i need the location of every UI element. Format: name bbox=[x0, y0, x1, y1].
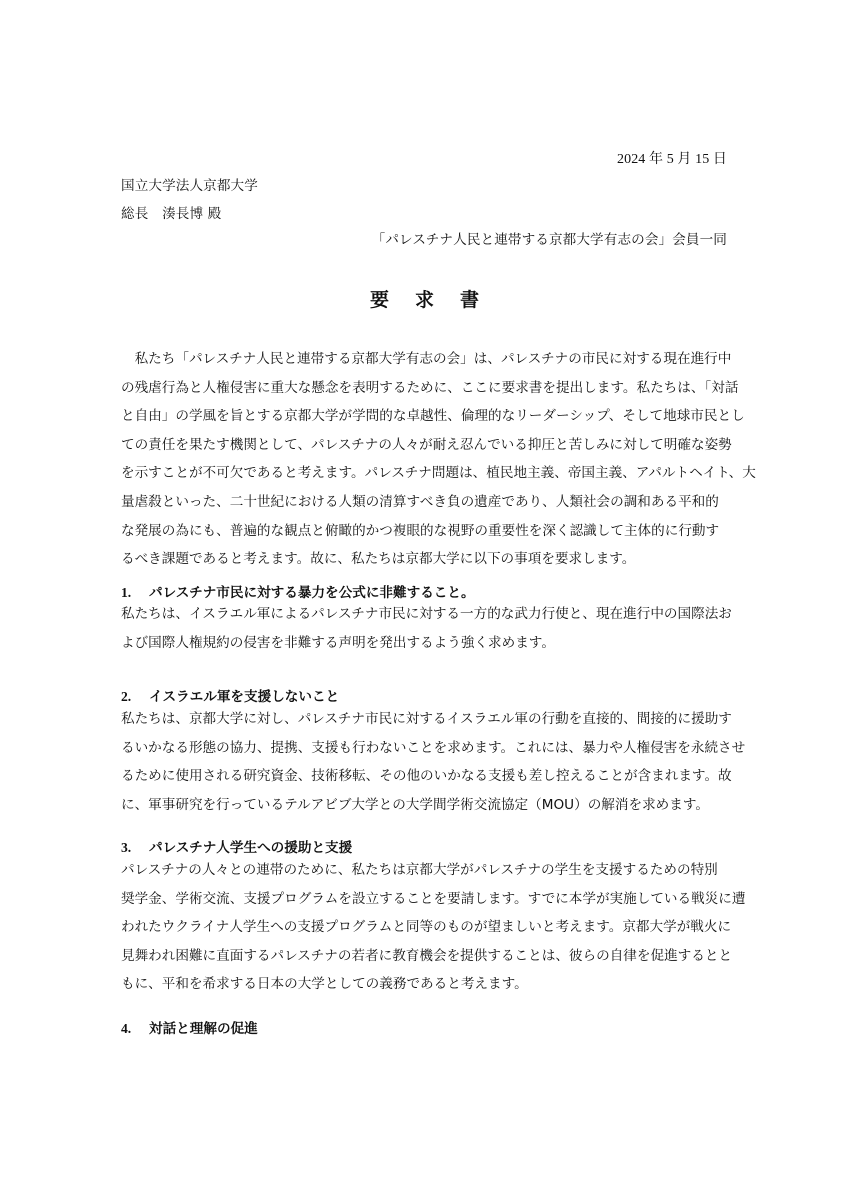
section-1-heading: 1.パレスチナ市民に対する暴力を公式に非難すること。 bbox=[121, 581, 475, 601]
section-4-heading: 4.対話と理解の促進 bbox=[121, 1017, 258, 1037]
section-2-heading: 2.イスラエル軍を支援しないこと bbox=[121, 685, 339, 705]
body-line: 奨学金、学術交流、支援プログラムを設立することを要請します。すでに本学が実施して… bbox=[121, 885, 731, 914]
body-line: われたウクライナ人学生への支援プログラムと同等のものが望ましいと考えます。京都大… bbox=[121, 913, 731, 942]
intro-line: 私たち「パレスチナ人民と連帯する京都大学有志の会」は、パレスチナの市民に対する現… bbox=[121, 345, 731, 374]
intro-line: ての責任を果たす機関として、パレスチナの人々が耐え忍んでいる抑圧と苦しみに対して… bbox=[121, 431, 731, 460]
section-title: イスラエル軍を支援しないこと bbox=[149, 689, 339, 705]
section-title: パレスチナ人学生への援助と支援 bbox=[149, 840, 352, 856]
addressee-organization: 国立大学法人京都大学 bbox=[121, 174, 258, 194]
body-line: るいかなる形態の協力、提携、支援も行わないことを求めます。これには、暴力や人権侵… bbox=[121, 734, 731, 763]
addressee-person: 総長 湊長博 殿 bbox=[121, 202, 221, 222]
body-line: もに、平和を希求する日本の大学としての義務であると考えます。 bbox=[121, 970, 731, 999]
intro-line: の残虐行為と人権侵害に重大な懸念を表明するために、ここに要求書を提出します。私た… bbox=[121, 374, 731, 403]
body-line: に、軍事研究を行っているテルアビブ大学との大学間学術交流協定（MOU）の解消を求… bbox=[121, 791, 731, 820]
body-line: パレスチナの人々との連帯のために、私たちは京都大学がパレスチナの学生を支援するた… bbox=[121, 856, 731, 885]
section-title: 対話と理解の促進 bbox=[149, 1021, 258, 1037]
intro-line: な発展の為にも、普遍的な観点と俯瞰的かつ複眼的な視野の重要性を深く認識して主体的… bbox=[121, 517, 731, 546]
document-page: 2024 年 5 月 15 日 国立大学法人京都大学 総長 湊長博 殿 「パレス… bbox=[0, 0, 849, 1200]
body-line: るために使用される研究資金、技術移転、その他のいかなる支援も差し控えることが含ま… bbox=[121, 762, 731, 791]
section-1-body: 私たちは、イスラエル軍によるパレスチナ市民に対する一方的な武力行使と、現在進行中… bbox=[121, 600, 731, 657]
document-date: 2024 年 5 月 15 日 bbox=[617, 148, 727, 168]
section-title: パレスチナ市民に対する暴力を公式に非難すること。 bbox=[149, 585, 475, 601]
body-line: 私たちは、京都大学に対し、パレスチナ市民に対するイスラエル軍の行動を直接的、間接… bbox=[121, 705, 731, 734]
intro-line: と自由」の学風を旨とする京都大学が学問的な卓越性、倫理的なリーダーシップ、そして… bbox=[121, 402, 731, 431]
section-number: 3. bbox=[121, 840, 149, 856]
section-3-heading: 3.パレスチナ人学生への援助と支援 bbox=[121, 836, 352, 856]
intro-paragraph: 私たち「パレスチナ人民と連帯する京都大学有志の会」は、パレスチナの市民に対する現… bbox=[121, 345, 731, 574]
intro-line: 量虐殺といった、二十世紀における人類の清算すべき負の遺産であり、人類社会の調和あ… bbox=[121, 488, 731, 517]
section-number: 2. bbox=[121, 689, 149, 705]
section-3-body: パレスチナの人々との連帯のために、私たちは京都大学がパレスチナの学生を支援するた… bbox=[121, 856, 731, 999]
body-line: よび国際人権規約の侵害を非難する声明を発出するよう強く求めます。 bbox=[121, 629, 731, 658]
section-number: 4. bbox=[121, 1021, 149, 1037]
section-number: 1. bbox=[121, 585, 149, 601]
intro-line: るべき課題であると考えます。故に、私たちは京都大学に以下の事項を要求します。 bbox=[121, 545, 731, 574]
document-title: 要求書 bbox=[0, 285, 849, 312]
body-line: 私たちは、イスラエル軍によるパレスチナ市民に対する一方的な武力行使と、現在進行中… bbox=[121, 600, 731, 629]
section-2-body: 私たちは、京都大学に対し、パレスチナ市民に対するイスラエル軍の行動を直接的、間接… bbox=[121, 705, 731, 819]
sender: 「パレスチナ人民と連帯する京都大学有志の会」会員一同 bbox=[372, 228, 727, 248]
body-line: 見舞われ困難に直面するパレスチナの若者に教育機会を提供することは、彼らの自律を促… bbox=[121, 942, 731, 971]
intro-line: を示すことが不可欠であると考えます。パレスチナ問題は、植民地主義、帝国主義、アパ… bbox=[121, 459, 731, 488]
